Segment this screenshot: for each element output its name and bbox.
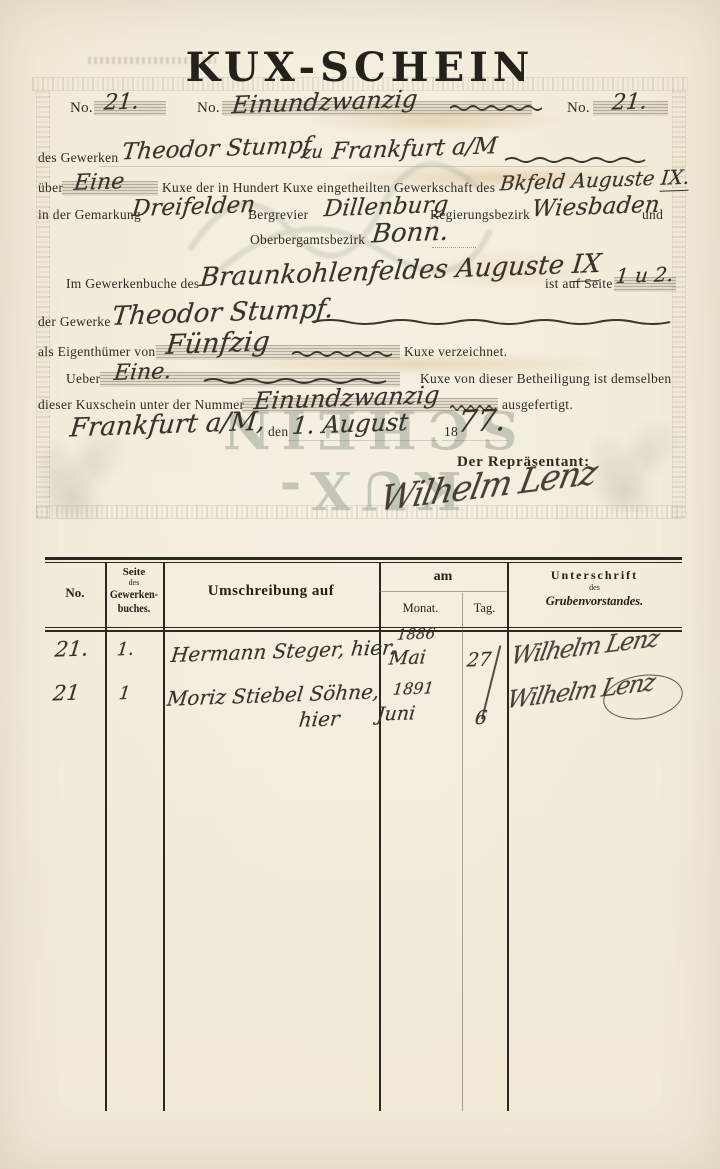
col-header-seite-2: des bbox=[105, 578, 163, 587]
den-label: den bbox=[268, 424, 288, 440]
bergrevier-label: Bergrevier bbox=[248, 207, 308, 223]
serial-number-left: 21. bbox=[103, 89, 141, 115]
date-year: 77. bbox=[456, 403, 507, 440]
row-year: 1891 bbox=[392, 678, 435, 699]
col-header-unterschrift-1: Unterschrift bbox=[507, 568, 682, 583]
und-label: und bbox=[642, 207, 663, 223]
col-header-seite-4: buches. bbox=[109, 601, 158, 616]
no-label-center: No. bbox=[197, 100, 220, 117]
column-line-thin bbox=[462, 593, 463, 1111]
ueber2-count: Eine. bbox=[113, 359, 173, 386]
no-label-left: No. bbox=[70, 100, 93, 117]
eigenthuemer-count: Fünfzig bbox=[164, 326, 271, 361]
row-year: 1886 bbox=[396, 624, 436, 643]
flourish-line bbox=[292, 350, 392, 358]
seite-value: 1 u 2. bbox=[615, 262, 675, 288]
row-seite: 1 bbox=[118, 683, 132, 704]
col-header-umschreibung: Umschreibung auf bbox=[163, 583, 379, 600]
oberbergamtsbezirk-value: Bonn. bbox=[370, 217, 450, 250]
header-divider-thin bbox=[45, 627, 682, 628]
transfer-table: No. Seite des Gewerken- buches. Umschrei… bbox=[45, 557, 682, 1113]
row-name: Moriz Stiebel Söhne, bbox=[166, 679, 381, 711]
row-month: Juni bbox=[376, 702, 416, 725]
row-month: Mai bbox=[388, 646, 427, 669]
column-line bbox=[105, 562, 107, 1111]
gewerkenbuch-label: Im Gewerkenbuche des bbox=[66, 276, 199, 292]
gewerke-name: Theodor Stumpf. bbox=[110, 294, 334, 332]
serial-number-right: 21. bbox=[611, 89, 649, 115]
flourish-line bbox=[450, 104, 542, 112]
gemarkung-value: Dreifelden bbox=[131, 192, 257, 222]
eigenthuemer-label: als Eigenthümer von bbox=[38, 344, 155, 360]
table-top-border-thin bbox=[45, 562, 682, 563]
kux-schein-certificate: KUX-SCHEIN KUX-SCHEIN No. 21. No. Einund… bbox=[0, 0, 720, 1169]
flourish-line bbox=[505, 156, 645, 164]
date-day-month: 1. August bbox=[291, 408, 410, 440]
no-label-right: No. bbox=[567, 100, 590, 117]
oberbergamtsbezirk-label: Oberbergamtsbezirk bbox=[250, 232, 365, 248]
am-underline bbox=[379, 591, 507, 592]
column-line bbox=[507, 562, 509, 1111]
col-header-seite-1: Seite bbox=[105, 566, 163, 578]
verzeichnet-label: Kuxe verzeichnet. bbox=[404, 344, 507, 360]
ueber2-label: Ueber bbox=[66, 371, 100, 387]
col-header-unterschrift-2: des bbox=[507, 583, 682, 592]
seite-label: ist auf Seite bbox=[545, 276, 613, 292]
row-no: 21. bbox=[54, 636, 90, 661]
gemarkung-label: in der Gemarkung bbox=[38, 207, 141, 223]
col-header-no: No. bbox=[45, 585, 105, 601]
document-title: KUX-SCHEIN bbox=[0, 44, 720, 91]
column-line bbox=[163, 562, 165, 1111]
ausgefertigt-label: ausgefertigt. bbox=[502, 397, 573, 413]
ueber-label: über bbox=[38, 180, 63, 196]
row-name-cont: hier bbox=[298, 706, 341, 732]
gewerken-zu: zu bbox=[301, 142, 324, 164]
row-no: 21 bbox=[52, 680, 81, 705]
kuxe-count: Eine bbox=[73, 169, 126, 196]
row-seite: 1. bbox=[116, 639, 135, 661]
gewerke-label: der Gewerke bbox=[38, 314, 111, 330]
roman-numeral: IX. bbox=[660, 165, 691, 192]
betheiligung-label: Kuxe von dieser Betheiligung ist demselb… bbox=[420, 371, 671, 387]
row-name: Hermann Steger, hier. bbox=[170, 635, 397, 667]
flourish-line bbox=[312, 318, 670, 326]
col-header-am: am bbox=[379, 569, 507, 585]
col-header-seite-3: Gewerken- bbox=[109, 587, 158, 602]
col-header-tag: Tag. bbox=[462, 601, 507, 616]
col-header-monat: Monat. bbox=[379, 601, 462, 616]
row-day: 27 bbox=[466, 649, 492, 672]
gewerken-label: des Gewerken bbox=[38, 150, 118, 166]
table-top-border bbox=[45, 557, 682, 560]
corner-ornament-right bbox=[590, 420, 682, 512]
col-header-unterschrift-3: Grubenvorstandes. bbox=[507, 594, 682, 609]
